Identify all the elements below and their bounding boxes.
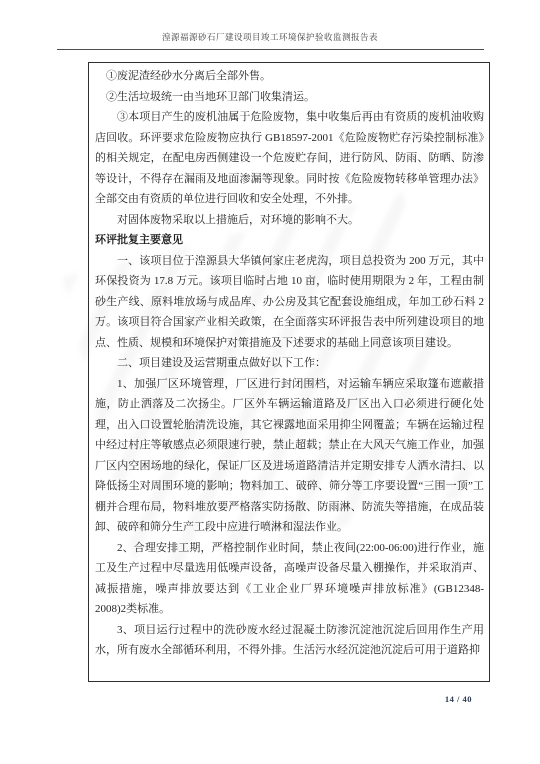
paragraph: 3、项目运行过程中的洗砂废水经过混凝土防渗沉淀池沉淀后回用作生产用水，所有废水全… [95, 620, 484, 661]
header-divider [57, 49, 484, 50]
content-table-cell: ①废泥渣经砂水分离后全部外售。②生活垃圾统一由当地环卫部门收集清运。③本项目产生… [88, 62, 490, 682]
section-heading: 环评批复主要意见 [95, 230, 484, 251]
page-number: 14 / 40 [445, 694, 472, 704]
paragraph: ②生活垃圾统一由当地环卫部门收集清运。 [95, 87, 484, 108]
paragraph: ③本项目产生的废机油属于危险废物，集中收集后再由有资质的废机油收购店回收。环评要… [95, 107, 484, 210]
paragraph: 对固体废物采取以上措施后，对环境的影响不大。 [95, 210, 484, 231]
paragraph: 1、加强厂区环境管理，厂区进行封闭围档，对运输车辆应采取篷布遮蔽措施，防止洒落及… [95, 374, 484, 538]
paragraph: ①废泥渣经砂水分离后全部外售。 [95, 66, 484, 87]
document-page: 湟源福源砂石厂建设项目竣工环境保护验收监测报告表 ①废泥渣经砂水分离后全部外售。… [0, 0, 540, 764]
body-text: ①废泥渣经砂水分离后全部外售。②生活垃圾统一由当地环卫部门收集清运。③本项目产生… [95, 66, 484, 661]
paragraph: 2、合理安排工期，严格控制作业时间，禁止夜间(22:00-06:00)进行作业，… [95, 538, 484, 620]
paragraph: 二、项目建设及运营期重点做好以下工作： [95, 353, 484, 374]
paragraph: 一、该项目位于湟源县大华镇何家庄老虎沟，项目总投资为 200 万元，其中环保投资… [95, 251, 484, 354]
document-header-title: 湟源福源砂石厂建设项目竣工环境保护验收监测报告表 [0, 31, 540, 43]
